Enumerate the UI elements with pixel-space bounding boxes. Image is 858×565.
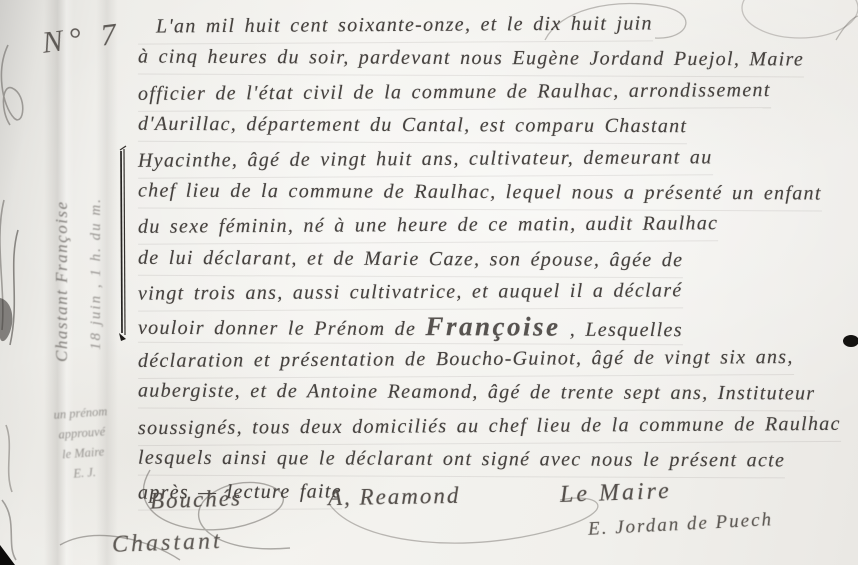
signature-declarant-chastant: Chastant xyxy=(112,528,224,559)
name-line-suffix: , Lesquelles xyxy=(560,318,682,341)
body-line-14: lesquels ainsi que le déclarant ont sign… xyxy=(138,443,785,479)
body-line-2: à cinq heures du soir, pardevant nous Eu… xyxy=(138,42,804,78)
body-line-6: chef lieu de la commune de Raulhac, lequ… xyxy=(138,175,822,211)
corner-mark xyxy=(0,545,15,565)
body-line-3: officier de l'état civil de la commune d… xyxy=(138,75,771,112)
margin-rule-line xyxy=(119,146,126,341)
scanned-register-page: N° 7 Chastant Françoise 18 juin , 1 h. d… xyxy=(0,0,858,565)
body-line-10-given-name-line: vouloir donner le Prénom de Françoise , … xyxy=(138,309,683,345)
signature-witness-boucho: Bouchés xyxy=(150,485,243,514)
act-body-text: L'an mil huit cent soixante-onze, et le … xyxy=(138,10,853,511)
ink-smudge xyxy=(0,298,12,341)
body-line-1: L'an mil huit cent soixante-onze, et le … xyxy=(138,8,653,45)
margin-date-note: 18 juin , 1 h. du m. xyxy=(88,197,105,350)
body-line-8: de lui déclarant, et de Marie Caze, son … xyxy=(138,243,683,279)
mayor-title: Le Maire xyxy=(560,478,673,509)
body-line-4: d'Aurillac, département du Cantal, est c… xyxy=(138,109,687,145)
body-line-7: du sexe féminin, né à une heure de ce ma… xyxy=(138,209,719,246)
act-number: N° 7 xyxy=(40,15,124,61)
body-line-11: déclaration et présentation de Boucho-Gu… xyxy=(138,342,794,379)
signature-witness-reamond: A, Reamond xyxy=(328,483,461,511)
child-given-name: Françoise xyxy=(425,311,560,342)
body-line-12: aubergiste, et de Antoine Reamond, âgé d… xyxy=(138,376,816,412)
signature-mayor: E. Jordan de Puech xyxy=(588,509,774,541)
body-line-13: soussignés, tous deux domiciliés au chef… xyxy=(138,409,841,447)
bleedthrough-marks xyxy=(0,45,23,560)
margin-approval-note: un prénom approuvé le Maire E. J. xyxy=(27,399,137,486)
body-line-9: vingt trois ans, aussi cultivatrice, et … xyxy=(138,275,683,312)
margin-child-name: Chastant Françoise xyxy=(52,200,72,362)
name-line-prefix: vouloir donner le Prénom de xyxy=(138,316,426,339)
body-line-5: Hyacinthe, âgé de vingt huit ans, cultiv… xyxy=(138,142,713,179)
